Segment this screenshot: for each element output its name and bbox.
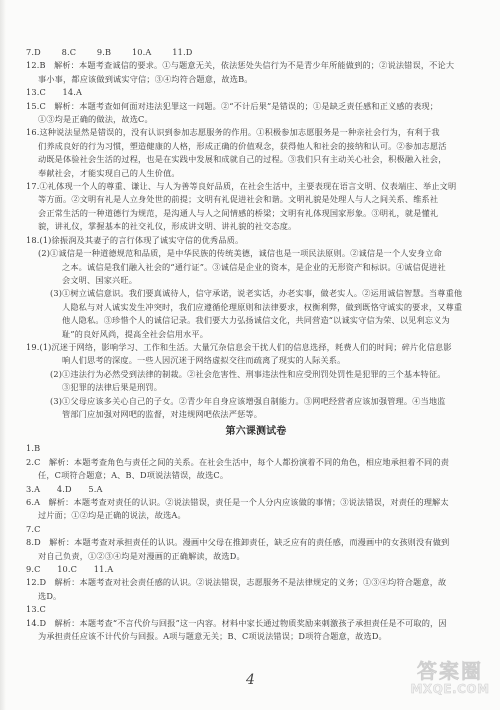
- text-line: 管部门应加强对网吧的监督，对违规网吧依法严惩等。: [26, 408, 486, 421]
- text-line: 任，C项符合题意；A、B、D项说法错误，故选C。: [26, 469, 486, 482]
- answer-section-part2: 1.B2.C 解析：本题考查角色与责任之间的关系。在社会生活中，每个人都扮演着不…: [26, 442, 486, 643]
- text-line: 过片面；①②均是正确的说法，故选A。: [26, 509, 486, 522]
- answer-item: 8.C: [62, 46, 77, 59]
- section-title: 第六课测试卷: [26, 423, 486, 441]
- text-line: 事小事，都应该做到诚实守信；③④均符合题意，故选B。: [26, 73, 486, 86]
- text-line: 们养成良好的行为习惯，塑造健康的人格，形成正确的价值观念，获得他人和社会的接纳和…: [26, 140, 486, 153]
- text-line: 之本。诚信是我们融入社会的“通行证”。③诚信是企业的资本，是企业的无形资产和标识…: [26, 261, 486, 274]
- text-line: 12.D 解析：本题考查对社会责任感的认识。②说法错误，志愿服务不是法律规定的义…: [26, 576, 486, 589]
- text-line: 响人们思考的深度。一些人因沉迷于网络虚拟交往而疏离了现实的人际关系。: [26, 354, 486, 367]
- text-line: 17.①礼体现一个人的尊重、谦让、与人为善等良好品质，在社会生活中，主要表现在语…: [26, 180, 486, 193]
- text-line: 人隐私与对人诚实发生冲突时，我们应遵循伦理原则和法律要求，权衡利弊，做到既恪守诚…: [26, 301, 486, 314]
- text-line: 耻”的良好风尚，提高全社会信用水平。: [26, 328, 486, 341]
- text-line: (2)①诚信是一种道德规范和品质，是中华民族的传统美德，诚信也是一项民法原则。②…: [26, 247, 486, 260]
- text-line: (3)①树立诚信意识。我们要真诚待人，信守承诺，说老实话，办老实事，做老实人。②…: [26, 287, 486, 300]
- answer-item: 7.D: [26, 46, 41, 59]
- text-line: 奉献社会，才能实现自己的人生价值。: [26, 167, 486, 180]
- page-number: 4: [246, 672, 255, 688]
- text-line: 8.D 解析：本题考查对承担责任的认识。漫画中父母在推卸责任，缺乏应有的责任感，…: [26, 536, 486, 549]
- text-line: 动既是体验社会生活的过程，也是在实践中发展和成就自己的过程。③我们只有主动关心社…: [26, 153, 486, 166]
- text-line: 13.C: [26, 603, 486, 616]
- watermark-text-en: MXQE.COM: [410, 682, 490, 696]
- text-line: 他人隐私。③珍惜个人的诚信记录。我们要大力弘扬诚信文化，共同营造“以诚实守信为荣…: [26, 314, 486, 327]
- text-line: 7.C: [26, 523, 486, 536]
- text-line: 为承担责任应该不计代价与回报。A项与题意无关；B、C项说法错误；D项符合题意，故…: [26, 630, 486, 643]
- answer-item: 9.B: [97, 46, 111, 59]
- text-line: 会文明、国家兴旺。: [26, 274, 486, 287]
- watermark-text-cn: 答案圈: [410, 660, 490, 682]
- text-line: 1.B: [26, 442, 486, 455]
- text-line: 6.A 解析：本题考查对责任的认识。②说法错误，责任是一个人分内应该做的事情；③…: [26, 496, 486, 509]
- answer-row-7-11: 7.D 8.C 9.B 10.A 11.D: [26, 46, 486, 59]
- text-line: (2)①违法行为必然受到法律的制裁。②社会危害性、刑事违法性和应受刑罚处罚性是犯…: [26, 368, 486, 381]
- text-line: ③犯罪的法律后果是刑罚。: [26, 381, 486, 394]
- text-line: 会正常生活的一种道德行为规范，是沟通人与人之间情感的桥梁；文明有礼体现国家形象。…: [26, 207, 486, 220]
- text-line: (3)①父母应该多关心自己的子女。②青少年自身应该增强自制能力。③网吧经营者应该…: [26, 395, 486, 408]
- page-edge-shadow: [0, 0, 6, 710]
- text-line: 16.这种说法显然是错误的，没有认识到参加志愿服务的作用。①积极参加志愿服务是一…: [26, 126, 486, 139]
- watermark-logo: 答案圈 MXQE.COM: [410, 660, 490, 696]
- text-line: 貌，讲礼仪，掌握基本的社交礼仪，形成讲文明、讲礼貌的社交态度。: [26, 220, 486, 233]
- text-line: 选D。: [26, 590, 486, 603]
- text-line: 15.C 解析：本题考查如何面对违法犯罪这一问题。②“不计后果”是错误的；①是缺…: [26, 100, 486, 113]
- text-line: 19.(1)沉迷于网络，影响学习、工作和生活。大量冗杂信息会干扰人们的信息选择，…: [26, 341, 486, 354]
- text-line: 对自己负责，①②③④均是对漫画的正确解读，故选D。: [26, 550, 486, 563]
- text-line: 12.B 解析：本题考查诚信的要求。①与题意无关，依法惩处失信行为不是青少年所能…: [26, 59, 486, 72]
- answer-item: 10.A: [132, 46, 152, 59]
- text-line: 9.C 10.C 11.A: [26, 563, 486, 576]
- answer-key-content: 7.D 8.C 9.B 10.A 11.D 12.B 解析：本题考查诚信的要求。…: [26, 46, 486, 643]
- text-line: 13.C 14.A: [26, 86, 486, 99]
- text-line: 3.A 4.D 5.A: [26, 483, 486, 496]
- document-page: 7.D 8.C 9.B 10.A 11.D 12.B 解析：本题考查诚信的要求。…: [0, 0, 500, 710]
- answer-section-part1: 12.B 解析：本题考查诚信的要求。①与题意无关，依法惩处失信行为不是青少年所能…: [26, 59, 486, 421]
- text-line: 18.(1)徐振润及其妻子的言行体现了诚实守信的优秀品质。: [26, 234, 486, 247]
- text-line: 2.C 解析：本题考查角色与责任之间的关系。在社会生活中，每个人都扮演着不同的角…: [26, 456, 486, 469]
- text-line: ①③均是正确的做法，故选C。: [26, 113, 486, 126]
- answer-item: 11.D: [172, 46, 192, 59]
- text-line: 14.D 解析：本题考查“不言代价与回报”这一内容。材料中家长通过物质奖励来刺激…: [26, 617, 486, 630]
- text-line: 等方面。②文明有礼是人立身处世的前提；文明有礼促进社会和谐。文明礼貌是处理人与人…: [26, 193, 486, 206]
